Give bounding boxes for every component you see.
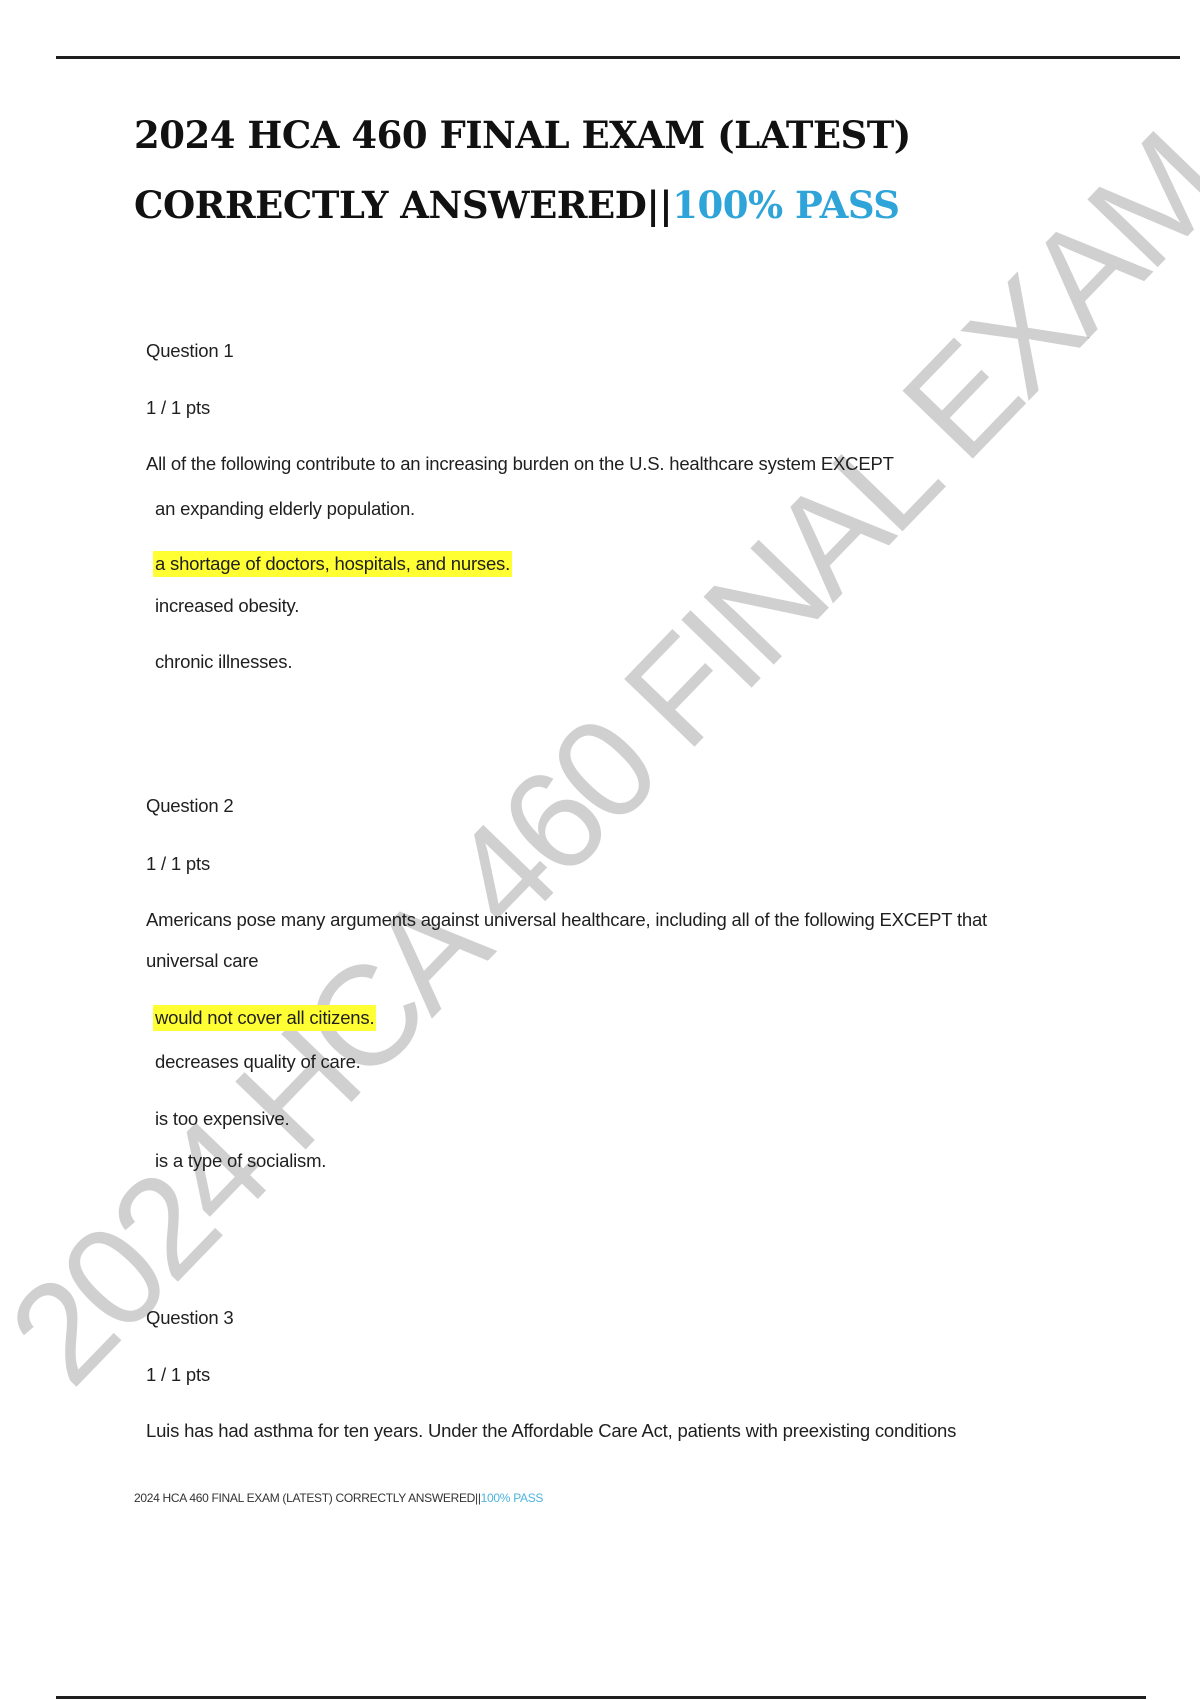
question-3-label: Question 3	[146, 1307, 233, 1329]
document-title: 2024 HCA 460 FINAL EXAM (LATEST) CORRECT…	[134, 100, 1134, 240]
title-line-1: 2024 HCA 460 FINAL EXAM (LATEST)	[134, 100, 1134, 170]
question-3-stem: Luis has had asthma for ten years. Under…	[146, 1420, 956, 1442]
watermark-text: 2024 HCA 460 FINAL EXAM	[0, 104, 1200, 1415]
question-2-stem-line-2: universal care	[146, 950, 258, 972]
title-main: CORRECTLY ANSWERED||	[134, 183, 672, 227]
question-1-stem: All of the following contribute to an in…	[146, 453, 894, 475]
correct-answer-highlight: would not cover all citizens.	[153, 1005, 376, 1031]
title-accent: 100% PASS	[672, 183, 899, 227]
footer-rule	[56, 1696, 1146, 1699]
question-1-option-4: chronic illnesses.	[155, 651, 292, 673]
question-1-option-1: an expanding elderly population.	[155, 498, 415, 520]
question-2-label: Question 2	[146, 795, 233, 817]
question-2-option-4: is a type of socialism.	[155, 1150, 326, 1172]
question-2-option-2: decreases quality of care.	[155, 1051, 361, 1073]
question-2-option-1-correct: would not cover all citizens.	[155, 1007, 376, 1029]
question-2-points: 1 / 1 pts	[146, 853, 210, 875]
footer-main: 2024 HCA 460 FINAL EXAM (LATEST) CORRECT…	[134, 1491, 481, 1505]
correct-answer-highlight: a shortage of doctors, hospitals, and nu…	[153, 551, 512, 577]
question-3-points: 1 / 1 pts	[146, 1364, 210, 1386]
question-2-option-3: is too expensive.	[155, 1108, 289, 1130]
title-line-2: CORRECTLY ANSWERED||100% PASS	[134, 170, 1134, 240]
page-footer: 2024 HCA 460 FINAL EXAM (LATEST) CORRECT…	[134, 1491, 543, 1505]
question-1-points: 1 / 1 pts	[146, 397, 210, 419]
question-1-label: Question 1	[146, 340, 233, 362]
question-1-option-2-correct: a shortage of doctors, hospitals, and nu…	[155, 553, 512, 575]
question-1-option-3: increased obesity.	[155, 595, 299, 617]
question-2-stem-line-1: Americans pose many arguments against un…	[146, 909, 987, 931]
header-rule	[56, 56, 1180, 59]
footer-accent: 100% PASS	[481, 1491, 543, 1505]
